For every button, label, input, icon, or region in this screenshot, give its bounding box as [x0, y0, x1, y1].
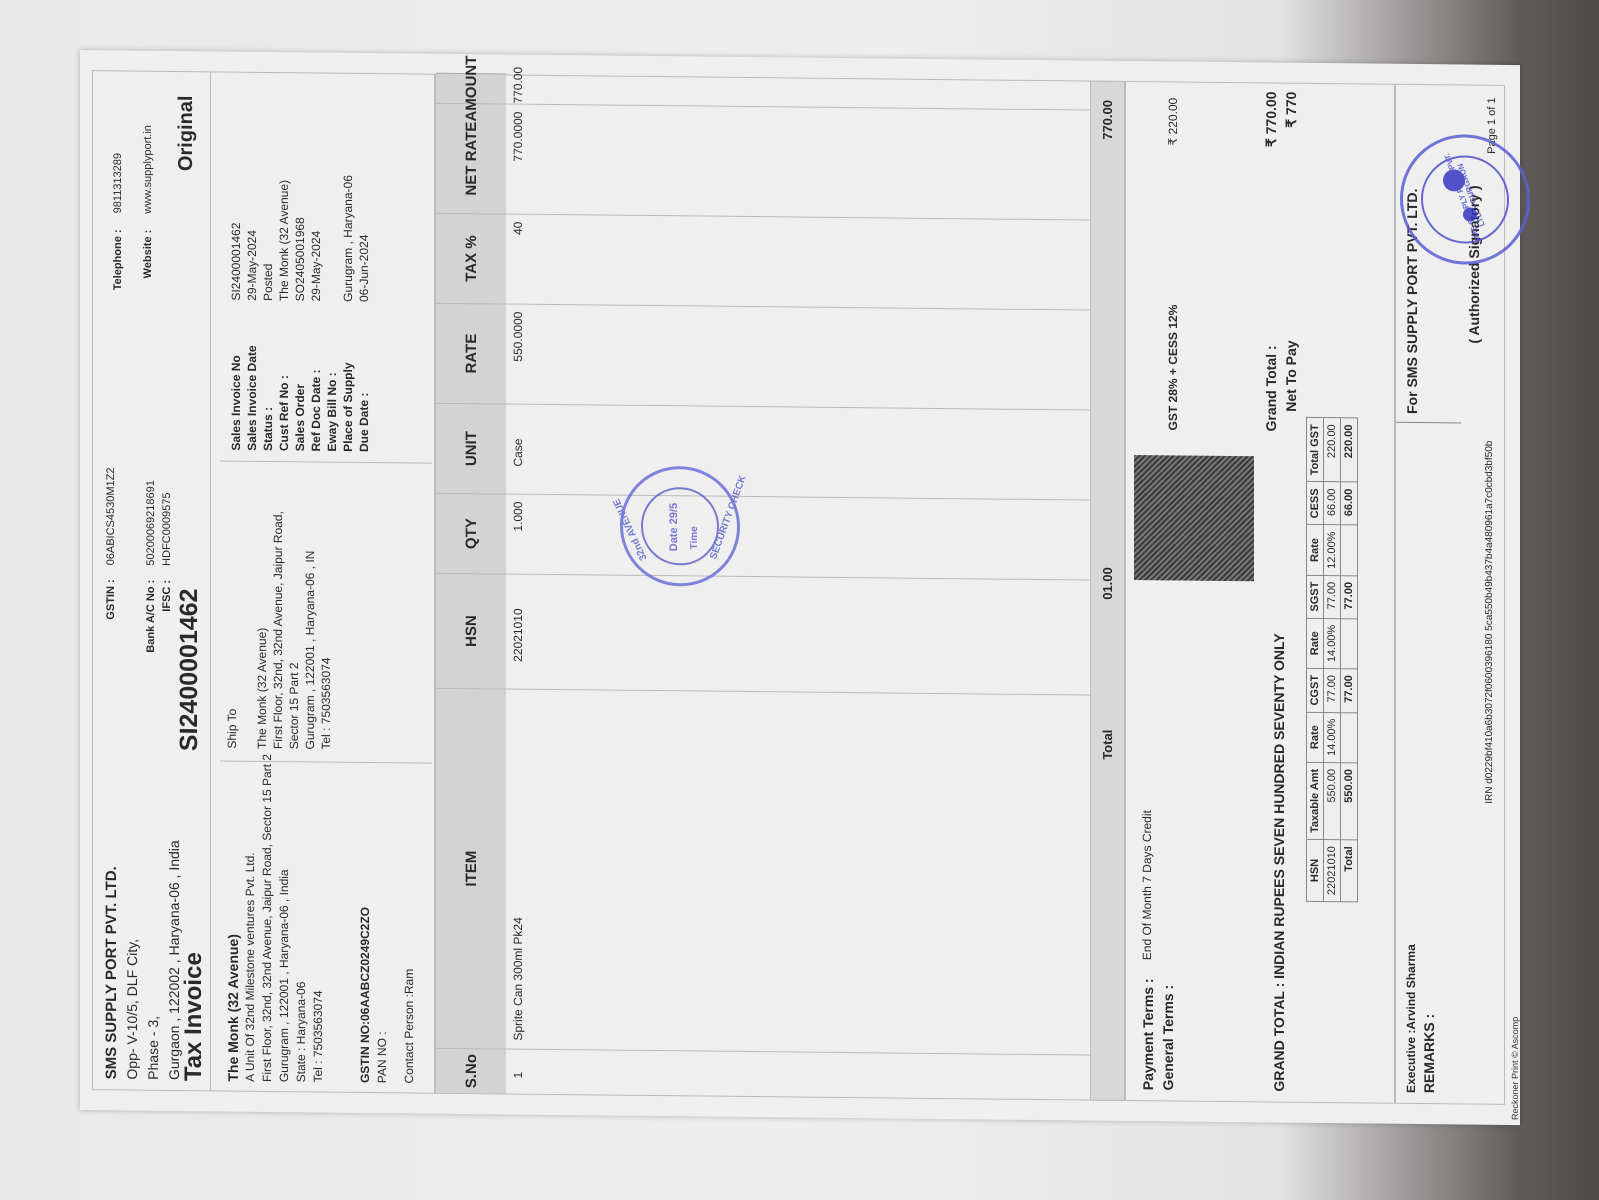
website: www.supplyport.in — [142, 125, 154, 214]
total-amount: 770.00 — [1100, 100, 1115, 140]
gst-summary-label: GST 28% + CESS 12% — [1166, 305, 1180, 431]
tax-cell: 77.00 — [1324, 669, 1341, 713]
payment-terms-label: Payment Terms : — [1138, 978, 1158, 1090]
tax-column-header: Rate — [1307, 712, 1324, 762]
table-cell: 40 — [511, 222, 525, 304]
seller-address-1: Opp- V-10/5, DLF City, — [124, 939, 140, 1080]
seller-contact: Telephone :9811313289 Website :www.suppl… — [103, 125, 163, 310]
table-cell: Sprite Can 300ml Pk24 — [511, 689, 525, 1041]
table-cell: 550.0000 — [511, 312, 525, 404]
ship-to-line: First Floor, 32nd, 32nd Avenue, Jaipur R… — [270, 462, 286, 749]
column-header: UNIT — [436, 403, 506, 494]
grand-total-values: ₹ 770.00 ₹ 770 — [1261, 91, 1301, 161]
tax-total-cell — [1341, 618, 1358, 668]
total-qty: 01.00 — [1100, 567, 1115, 600]
meta-row: Sales Invoice NoSI2400001462 — [228, 72, 244, 451]
tax-total-cell: 77.00 — [1341, 669, 1358, 713]
remarks-label: REMARKS : — [1420, 944, 1438, 1093]
ship-to-line: The Monk (32 Avenue) — [254, 462, 270, 749]
tax-cell: 14.00% — [1324, 712, 1341, 762]
grand-total-value: ₹ 770.00 — [1261, 91, 1281, 161]
seller-block: SMS SUPPLY PORT PVT. LTD. Opp- V-10/5, D… — [101, 840, 185, 1081]
meta-label: Status : — [260, 301, 276, 451]
bank-label: Bank A/C No : — [143, 580, 159, 660]
amount-in-words: GRAND TOTAL : INDIAN RUPEES SEVEN HUNDRE… — [1271, 633, 1287, 1091]
meta-label: Sales Invoice Date — [244, 301, 260, 451]
meta-value: Gurugram , Haryana-06 — [341, 175, 355, 302]
bill-to-gstin: GSTIN NO:06AABCZ0249C2ZO — [357, 755, 374, 1083]
meta-row: Cust Ref No :The Monk (32 Avenue) — [276, 72, 292, 451]
meta-row: Due Date :06-Jun-2024 — [356, 73, 372, 452]
tax-cell: 550.00 — [1324, 762, 1341, 839]
bill-to-name: The Monk (32 Avenue) — [225, 754, 242, 1082]
table-cell: 770.0000 — [511, 112, 525, 214]
tax-total-cell: 220.00 — [1341, 418, 1358, 482]
seller-tax-bank: GSTIN :06ABICS4530M1Z2 Bank A/C No :5020… — [103, 467, 175, 660]
bill-to: The Monk (32 Avenue) A Unit Of 32nd Mile… — [225, 754, 418, 1084]
seller-address-2: Phase - 3, — [145, 1016, 161, 1080]
table-cell: 1.000 — [511, 502, 525, 574]
tax-column-header: Taxable Amt — [1307, 762, 1324, 839]
invoice-meta: Sales Invoice NoSI2400001462Sales Invoic… — [220, 71, 432, 463]
bill-to-line: State : Haryana-06 — [293, 754, 310, 1082]
gstin-label: GSTIN : — [103, 579, 119, 659]
column-header: QTY — [436, 493, 506, 574]
meta-value: 29-May-2024 — [245, 230, 259, 301]
website-label: Website : — [133, 230, 163, 310]
tax-cell: 77.00 — [1324, 575, 1341, 618]
payment-terms-value: End Of Month 7 Days Credit — [1140, 810, 1154, 960]
seller-header: SMS SUPPLY PORT PVT. LTD. Opp- V-10/5, D… — [92, 70, 222, 1091]
ifsc-code: HDFC0009575 — [161, 492, 173, 566]
terms-and-totals: Payment Terms : General Terms : End Of M… — [1125, 81, 1395, 1104]
ship-to-line: Gurugram , 122001 , Haryana-06 , IN — [302, 462, 318, 749]
items-total-row: Total 01.00 770.00 — [1090, 81, 1125, 1101]
seller-name: SMS SUPPLY PORT PVT. LTD. — [103, 866, 120, 1079]
tax-column-header: SGST — [1307, 575, 1324, 618]
meta-label: Due Date : — [356, 302, 372, 452]
grand-total-label: Grand Total : — [1261, 340, 1281, 432]
executive-block: Executive :Arvind Sharma REMARKS : — [1402, 944, 1438, 1093]
copy-label: Original — [175, 95, 198, 171]
qr-code — [1134, 455, 1254, 581]
contact-person: Contact Person :Ram — [401, 755, 418, 1083]
irn-number: IRN d0229bf410a6b3072f0600396180 5ca550b… — [1484, 441, 1495, 804]
tax-total-cell: 66.00 — [1341, 482, 1358, 525]
bank-account: 50200069218691 — [145, 480, 157, 566]
meta-row: Eway Bill No : — [324, 73, 340, 452]
meta-label: Sales Invoice No — [228, 301, 244, 451]
tax-breakup-table: HSNTaxable AmtRateCGSTRateSGSTRateCESSTo… — [1306, 417, 1358, 902]
table-cell: 1 — [511, 1057, 525, 1094]
tax-total-cell: 77.00 — [1341, 575, 1358, 618]
meta-value: The Monk (32 Avenue) — [277, 180, 291, 301]
tax-cell: 66.00 — [1324, 482, 1341, 525]
meta-row: Status :Posted — [260, 72, 276, 451]
meta-row: Sales OrderSO2405001968 — [292, 72, 308, 451]
meta-value: 29-May-2024 — [309, 231, 323, 302]
table-cell: 770.00 — [511, 82, 525, 104]
tax-total-cell — [1341, 525, 1358, 575]
invoice-page: SMS SUPPLY PORT PVT. LTD. Opp- V-10/5, D… — [80, 50, 1520, 1125]
meta-value: Posted — [261, 264, 275, 302]
meta-label: Ref Doc Date : — [308, 301, 324, 451]
ship-to-line: Tel : 7503563074 — [318, 462, 334, 749]
bill-to-line: Gurugram , 122001 , Haryana-06 , India — [276, 754, 293, 1082]
column-header: ITEM — [436, 688, 506, 1049]
tax-column-header: CGST — [1307, 668, 1324, 712]
ship-to-label: Ship To — [224, 462, 240, 749]
meta-label: Eway Bill No : — [324, 302, 340, 452]
tax-column-header: HSN — [1307, 839, 1324, 901]
telephone-label: Telephone : — [103, 229, 133, 309]
meta-label: Cust Ref No : — [276, 301, 292, 451]
meta-value: 06-Jun-2024 — [357, 235, 371, 303]
column-header: AMOUNT — [436, 73, 506, 104]
meta-row: Place of SupplyGurugram , Haryana-06 — [340, 73, 356, 452]
net-to-pay-value: ₹ 770 — [1281, 92, 1301, 162]
bill-to-line: Tel : 7503563074 — [310, 754, 327, 1082]
column-header: RATE — [436, 303, 506, 404]
column-header: HSN — [436, 573, 506, 689]
meta-row: Ref Doc Date :29-May-2024 — [308, 72, 324, 451]
ship-to: Ship To The Monk (32 Avenue) First Floor… — [220, 461, 432, 763]
tax-total-cell: Total — [1341, 840, 1358, 902]
meta-row: Sales Invoice Date29-May-2024 — [244, 72, 260, 451]
bill-to-pan: PAN NO : — [374, 755, 391, 1083]
tax-column-header: Rate — [1307, 618, 1324, 668]
document-title: Tax Invoice — [180, 952, 208, 1081]
meta-value: SO2405001968 — [293, 217, 307, 301]
seller-gstin: 06ABICS4530M1Z2 — [105, 467, 117, 565]
tax-column-header: CESS — [1307, 482, 1324, 525]
meta-label: Place of Supply — [340, 302, 356, 452]
ifsc-label: IFSC : — [159, 580, 175, 660]
gst-summary-amount: ₹ 220.00 — [1166, 98, 1180, 146]
printer-credit: Reckoner Print © Ascomp — [1510, 1017, 1520, 1120]
tax-total-cell — [1341, 712, 1358, 762]
net-to-pay-label: Net To Pay — [1281, 340, 1301, 432]
tax-cell: 14.00% — [1324, 618, 1341, 668]
company-seal-stamp: SMS SUPPLY PORT PVT. LTD. • GURGAON — [1400, 134, 1530, 265]
table-cell: 22021010 — [511, 582, 525, 689]
bill-to-line: A Unit Of 32nd Milestone ventures Pvt. L… — [242, 754, 259, 1082]
tax-column-header: Total GST — [1307, 418, 1324, 482]
tax-total-cell: 550.00 — [1341, 763, 1358, 840]
ship-to-line: Sector 15 Part 2 — [286, 462, 302, 749]
executive-name: Executive :Arvind Sharma — [1402, 944, 1420, 1093]
column-header: TAX % — [436, 213, 506, 304]
security-check-stamp: 32nd AVENUE SECURITY CHECK Date 29/5 Tim… — [620, 466, 740, 587]
total-label: Total — [1100, 730, 1115, 760]
stamp-time: Time — [689, 526, 700, 549]
general-terms-label: General Terms : — [1158, 979, 1178, 1091]
meta-label: Sales Order — [292, 301, 308, 451]
terms-labels: Payment Terms : General Terms : — [1138, 978, 1178, 1090]
tax-cell: 220.00 — [1324, 418, 1341, 482]
invoice-number: SI2400001462 — [175, 588, 204, 751]
tax-column-header: Rate — [1307, 525, 1324, 575]
bill-to-line: First Floor, 32nd, 32nd Avenue, Jaipur R… — [259, 754, 276, 1082]
items-table: S.NoITEMHSNQTYUNITRATETAX %NET RATEAMOUN… — [435, 74, 1125, 1101]
tax-cell: 12.00% — [1324, 525, 1341, 575]
tax-cell: 22021010 — [1324, 840, 1341, 902]
telephone: 9811313289 — [112, 153, 124, 214]
meta-value: SI2400001462 — [229, 222, 243, 300]
column-header: S.No — [436, 1048, 506, 1094]
stamp-date: Date 29/5 — [668, 503, 680, 551]
table-cell: Case — [511, 412, 525, 494]
grand-total-labels: Grand Total : Net To Pay — [1261, 340, 1301, 432]
